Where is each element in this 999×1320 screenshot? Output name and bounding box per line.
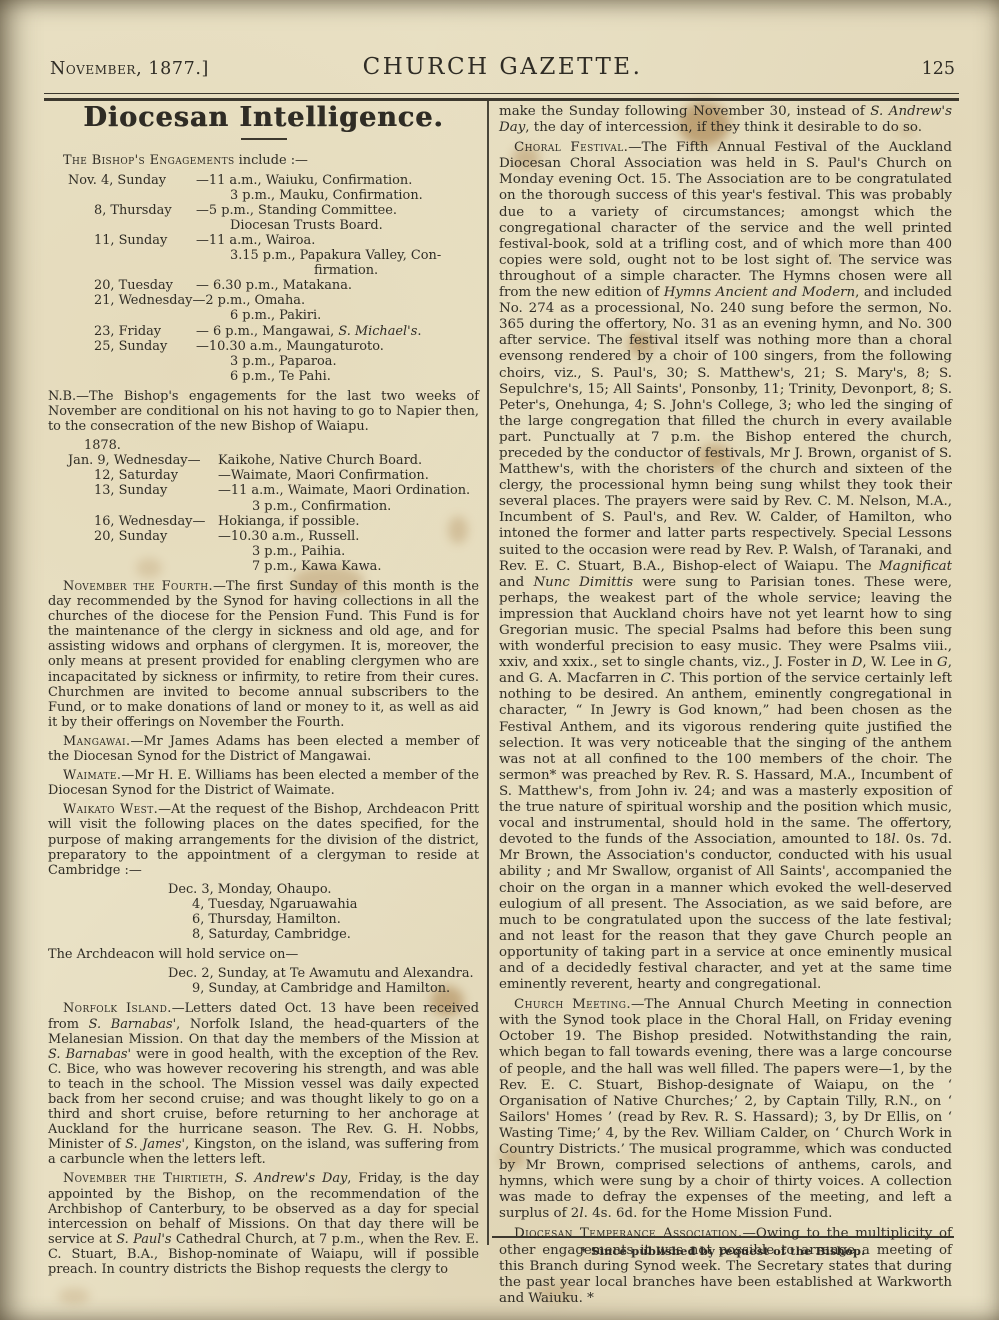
schedule-date-cell: [48, 499, 218, 514]
article-paragraph: Mangawai.—Mr James Adams has been electe…: [48, 734, 479, 764]
schedule-date-cell: 16, Wednesday—: [48, 514, 218, 529]
schedule-row: Diocesan Trusts Board.: [48, 218, 479, 233]
text-run: . 0s. 7d. Mr Brown, the Association's co…: [499, 832, 952, 992]
schedule-row: 3.15 p.m., Papakura Valley, Con-: [48, 248, 479, 263]
article-lead-smallcaps: The Bishop's Engagements: [63, 153, 235, 168]
italic-text: D: [852, 655, 863, 670]
article-paragraph: The Archdeacon will hold service on—: [48, 947, 479, 962]
itinerary-list: Dec. 3, Monday, Ohaupo.4, Tuesday, Ngaru…: [48, 882, 479, 942]
schedule-detail-cell: 7 p.m., Kawa Kawa.: [218, 559, 479, 574]
schedule-date-cell: 20, Tuesday: [48, 278, 196, 293]
italic-text: S. Paul's: [116, 1232, 171, 1247]
article-paragraph: Choral Festival.—The Fifth Annual Festiv…: [499, 140, 952, 993]
schedule-row: Jan. 9, Wednesday—Kaikohe, Native Church…: [48, 453, 479, 468]
article-lead-smallcaps: Norfolk Island.: [63, 1001, 172, 1016]
schedule-detail-cell: —Waimate, Maori Confirmation.: [218, 468, 479, 483]
article-paragraph: N.B.—The Bishop's engagements for the la…: [48, 389, 479, 434]
text-run: — 6 p.m., Mangawai,: [196, 324, 338, 339]
text-run: , W. Lee in: [862, 655, 937, 670]
article-paragraph: Norfolk Island.—Letters dated Oct. 13 ha…: [48, 1001, 479, 1167]
itinerary-line: Dec. 2, Sunday, at Te Awamutu and Alexan…: [48, 966, 479, 981]
schedule-detail-cell: 3.15 p.m., Papakura Valley, Con-: [196, 248, 479, 263]
article-lead-smallcaps: Mangawai.: [63, 734, 130, 749]
text-run: make the Sunday following November 30, i…: [499, 104, 870, 119]
text-run: —The Fifth Annual Festival of the Auckla…: [499, 140, 952, 300]
italic-text: Nunc Dimittis: [533, 575, 633, 590]
schedule-row: 23, Friday— 6 p.m., Mangawai, S. Michael…: [48, 324, 479, 339]
schedule-detail-cell: 6 p.m., Te Pahi.: [196, 369, 479, 384]
article-paragraph: Waimate.—Mr H. E. Williams has been elec…: [48, 768, 479, 798]
text-run: , and included No. 274 as a processional…: [499, 285, 952, 574]
section-heading: Diocesan Intelligence.: [48, 110, 479, 125]
italic-text: S. Barnabas': [89, 1017, 177, 1032]
italic-text: S. Michael's: [338, 324, 417, 339]
text-run: .: [417, 324, 421, 339]
schedule-row: 3 p.m., Paparoa.: [48, 354, 479, 369]
left-column: Diocesan Intelligence. The Bishop's Enga…: [48, 104, 479, 1281]
schedule-detail-cell: 2 p.m., Omaha.: [205, 293, 479, 308]
italic-text: S. Andrew's Day: [235, 1171, 347, 1186]
schedule-date-cell: 25, Sunday: [48, 339, 196, 354]
article-paragraph: The Bishop's Engagements include :—: [48, 153, 479, 168]
schedule-row: 3 p.m., Paihia.: [48, 544, 479, 559]
article-paragraph: Church Meeting.—The Annual Church Meetin…: [499, 997, 952, 1222]
schedule-date-cell: Nov. 4, Sunday: [48, 173, 196, 188]
schedule-date-cell: [48, 248, 196, 263]
schedule-row: 8, Thursday—5 p.m., Standing Committee.: [48, 203, 479, 218]
engagements-schedule: Nov. 4, Sunday—11 a.m., Waiuku, Confirma…: [48, 173, 479, 384]
text-run: include :—: [235, 153, 308, 168]
schedule-row: 11, Sunday—11 a.m., Wairoa.: [48, 233, 479, 248]
schedule-row: Nov. 4, Sunday—11 a.m., Waiuku, Confirma…: [48, 173, 479, 188]
schedule-detail-cell: —11 a.m., Waiuku, Confirmation.: [196, 173, 479, 188]
schedule-date-cell: [48, 308, 196, 323]
schedule-detail-cell: —10.30 a.m., Russell.: [218, 529, 479, 544]
text-run: —The first Sunday of this month is the d…: [48, 579, 479, 730]
footnote-area: * Since published by request of the Bish…: [492, 1236, 954, 1258]
article-paragraph: November the Thirtieth, S. Andrew's Day,…: [48, 1171, 479, 1277]
itinerary-line: 9, Sunday, at Cambridge and Hamilton.: [48, 981, 479, 996]
text-run: [228, 1171, 235, 1186]
text-run: The Archdeacon will hold service on—: [48, 947, 298, 962]
schedule-detail-cell: 6 p.m., Pakiri.: [196, 308, 479, 323]
article-lead-smallcaps: Waimate.: [63, 768, 121, 783]
schedule-date-cell: [48, 188, 196, 203]
schedule-date-cell: 23, Friday: [48, 324, 196, 339]
article-paragraph: make the Sunday following November 30, i…: [499, 104, 952, 136]
header-rule: [44, 93, 959, 101]
schedule-date-cell: [48, 544, 218, 559]
schedule-row: 21, Wednesday— 2 p.m., Omaha.: [48, 293, 479, 308]
article-lead-smallcaps: November the Fourth.: [63, 579, 213, 594]
schedule-detail-cell: Kaikohe, Native Church Board.: [218, 453, 479, 468]
schedule-date-cell: Jan. 9, Wednesday—: [48, 453, 218, 468]
schedule-detail-cell: 3 p.m., Paihia.: [218, 544, 479, 559]
schedule-date-cell: [48, 369, 196, 384]
schedule-detail-cell: —10.30 a.m., Maungaturoto.: [196, 339, 479, 354]
schedule-row: 6 p.m., Pakiri.: [48, 308, 479, 323]
schedule-date-cell: [48, 218, 196, 233]
schedule-date-cell: [48, 559, 218, 574]
article-lead-smallcaps: Waikato West.: [63, 802, 158, 817]
text-run: , the day of intercession, if they think…: [525, 120, 922, 135]
schedule-date-cell: 11, Sunday: [48, 233, 196, 248]
footnote: * Since published by request of the Bish…: [492, 1244, 954, 1258]
itinerary-line: 4, Tuesday, Ngaruawahia: [48, 897, 479, 912]
paper-stain: [58, 1288, 90, 1304]
schedule-detail-cell: Hokianga, if possible.: [218, 514, 479, 529]
schedule-row: 20, Sunday—10.30 a.m., Russell.: [48, 529, 479, 544]
schedule-detail-cell: 3 p.m., Mauku, Confirmation.: [196, 188, 479, 203]
schedule-detail-cell: —5 p.m., Standing Committee.: [196, 203, 479, 218]
schedule-detail-cell: firmation.: [196, 263, 479, 278]
schedule-row: 25, Sunday—10.30 a.m., Maungaturoto.: [48, 339, 479, 354]
schedule-date-cell: [48, 354, 196, 369]
schedule-date-cell: 21, Wednesday—: [48, 293, 205, 308]
footnote-rule: [492, 1236, 954, 1238]
issue-date: November, 1877.]: [50, 59, 280, 79]
schedule-detail-cell: Diocesan Trusts Board.: [196, 218, 479, 233]
schedule-date-cell: 12, Saturday: [48, 468, 218, 483]
schedule-detail-cell: — 6 p.m., Mangawai, S. Michael's.: [196, 324, 479, 339]
page-header: November, 1877.] CHURCH GAZETTE. 125: [50, 54, 955, 80]
schedule-date-cell: 20, Sunday: [48, 529, 218, 544]
schedule-detail-cell: 3 p.m., Confirmation.: [218, 499, 479, 514]
itinerary-list: Dec. 2, Sunday, at Te Awamutu and Alexan…: [48, 966, 479, 996]
italic-text: Hymns Ancient and Modern: [664, 285, 855, 300]
right-column: make the Sunday following November 30, i…: [499, 104, 952, 1311]
italic-text: S. Barnabas': [48, 1047, 131, 1062]
page-number: 125: [725, 59, 955, 79]
schedule-detail-cell: —11 a.m., Waimate, Maori Ordination.: [218, 483, 479, 498]
gazette-page: November, 1877.] CHURCH GAZETTE. 125 Dio…: [0, 0, 999, 1320]
year-label: 1878.: [48, 438, 479, 453]
schedule-row: 13, Sunday—11 a.m., Waimate, Maori Ordin…: [48, 483, 479, 498]
itinerary-line: Dec. 3, Monday, Ohaupo.: [48, 882, 479, 897]
text-run: . 4s. 6d. for the Home Mission Fund.: [584, 1206, 833, 1221]
schedule-row: 7 p.m., Kawa Kawa.: [48, 559, 479, 574]
schedule-date-cell: [48, 263, 196, 278]
schedule-detail-cell: — 6.30 p.m., Matakana.: [196, 278, 479, 293]
article-paragraph: November the Fourth.—The first Sunday of…: [48, 579, 479, 730]
itinerary-line: 8, Saturday, Cambridge.: [48, 927, 479, 942]
italic-text: S. James': [125, 1137, 185, 1152]
schedule-row: 3 p.m., Confirmation.: [48, 499, 479, 514]
schedule-row: firmation.: [48, 263, 479, 278]
schedule-row: 12, Saturday—Waimate, Maori Confirmation…: [48, 468, 479, 483]
article-lead-smallcaps: Choral Festival.: [514, 140, 628, 155]
text-run: and: [499, 575, 533, 590]
schedule-row: 6 p.m., Te Pahi.: [48, 369, 479, 384]
schedule-date-cell: 13, Sunday: [48, 483, 218, 498]
article-lead-smallcaps: November the Thirtieth,: [63, 1171, 228, 1186]
engagements-schedule: Jan. 9, Wednesday—Kaikohe, Native Church…: [48, 453, 479, 574]
text-run: —The Annual Church Meeting in connection…: [499, 997, 952, 1221]
italic-text: C: [661, 671, 671, 686]
italic-text: Magnificat: [879, 559, 952, 574]
gazette-title: CHURCH GAZETTE.: [280, 54, 725, 80]
text-run: . This portion of the service certainly …: [499, 671, 952, 847]
schedule-detail-cell: 3 p.m., Paparoa.: [196, 354, 479, 369]
schedule-detail-cell: —11 a.m., Wairoa.: [196, 233, 479, 248]
text-run: N.B.—The Bishop's engagements for the la…: [48, 389, 479, 434]
column-divider: [487, 101, 489, 1245]
schedule-row: 20, Tuesday— 6.30 p.m., Matakana.: [48, 278, 479, 293]
schedule-row: 16, Wednesday—Hokianga, if possible.: [48, 514, 479, 529]
schedule-date-cell: 8, Thursday: [48, 203, 196, 218]
schedule-row: 3 p.m., Mauku, Confirmation.: [48, 188, 479, 203]
itinerary-line: 6, Thursday, Hamilton.: [48, 912, 479, 927]
italic-text: G: [937, 655, 948, 670]
heading-divider: [241, 138, 287, 140]
article-paragraph: Waikato West.—At the request of the Bish…: [48, 802, 479, 877]
article-lead-smallcaps: Church Meeting.: [514, 997, 631, 1012]
